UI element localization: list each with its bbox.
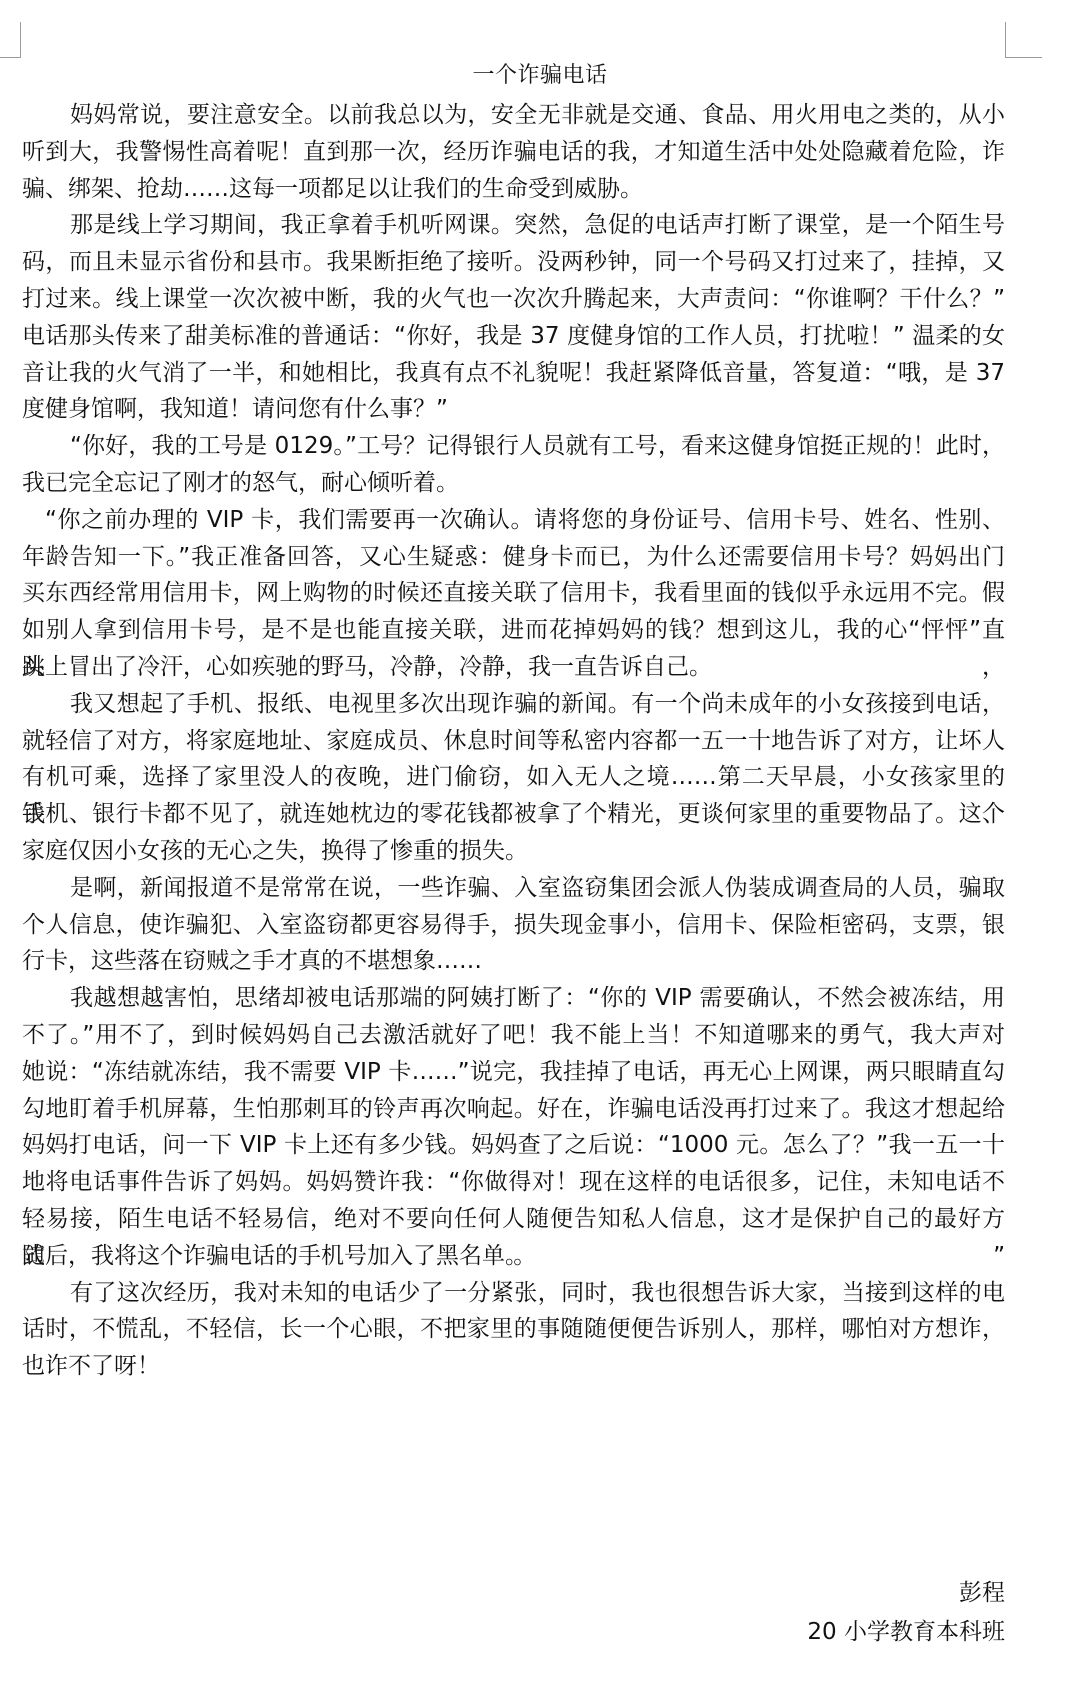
- text-line-content: 话时，不慌乱，不轻信，长一个心眼，不把家里的事随随便便告诉别人，那样，哪怕对方想…: [22, 1311, 1005, 1348]
- text-line-content: 听到大，我警惕性高着呢！直到那一次，经历诈骗电话的我，才知道生活中处处隐藏着危险…: [22, 134, 1005, 171]
- text-line-content: “你好，我的工号是 0129。”工号？记得银行人员就有工号，看来这健身馆挺正规的…: [70, 428, 1005, 465]
- text-line: 个人信息，使诈骗犯、入室盗窃都更容易得手，损失现金事小，信用卡、保险柜密码，支票…: [22, 907, 1005, 944]
- text-line-content: 就轻信了对方，将家庭地址、家庭成员、休息时间等私密内容都一五一十地告诉了对方，让…: [22, 723, 1005, 760]
- text-line: 我又想起了手机、报纸、电视里多次出现诈骗的新闻。有一个尚未成年的小女孩接到电话，: [22, 686, 1005, 723]
- text-line: “你好，我的工号是 0129。”工号？记得银行人员就有工号，看来这健身馆挺正规的…: [22, 428, 1005, 465]
- text-line-content: 手机、银行卡都不见了，就连她枕边的零花钱都被拿了个精光，更谈何家里的重要物品了。…: [22, 796, 1005, 833]
- text-line-content: 我又想起了手机、报纸、电视里多次出现诈骗的新闻。有一个尚未成年的小女孩接到电话，: [70, 686, 1005, 723]
- text-line-content: 如别人拿到信用卡号，是不是也能直接关联，进而花掉妈妈的钱？想到这儿，我的心“怦怦…: [22, 612, 1005, 649]
- paragraph: 那是线上学习期间，我正拿着手机听网课。突然，急促的电话声打断了课堂，是一个陌生号…: [22, 207, 1005, 428]
- text-line: 勾地盯着手机屏幕，生怕那刺耳的铃声再次响起。好在，诈骗电话没再打过来了。我这才想…: [22, 1091, 1005, 1128]
- text-line: 就轻信了对方，将家庭地址、家庭成员、休息时间等私密内容都一五一十地告诉了对方，让…: [22, 723, 1005, 760]
- text-line: 头上冒出了冷汗，心如疾驰的野马，冷静，冷静，我一直告诉自己。: [22, 649, 1005, 686]
- text-line: 不了。”用不了，到时候妈妈自己去激活就好了吧！我不能上当！不知道哪来的勇气，我大…: [22, 1017, 1005, 1054]
- text-line-content: 也诈不了呀！: [22, 1348, 1005, 1385]
- text-line-content: 打过来。线上课堂一次次被中断，我的火气也一次次升腾起来，大声责问：“你谁啊？干什…: [22, 281, 1005, 318]
- text-line-content: 个人信息，使诈骗犯、入室盗窃都更容易得手，损失现金事小，信用卡、保险柜密码，支票…: [22, 907, 1005, 944]
- page-corner-mark-top-left: [0, 22, 21, 58]
- text-line-content: 码，而且未显示省份和县市。我果断拒绝了接听。没两秒钟，同一个号码又打过来了，挂掉…: [22, 244, 1005, 281]
- paragraph: 是啊，新闻报道不是常常在说，一些诈骗、入室盗窃集团会派人伪装成调查局的人员，骗取…: [22, 870, 1005, 980]
- text-line: 话时，不慌乱，不轻信，长一个心眼，不把家里的事随随便便告诉别人，那样，哪怕对方想…: [22, 1311, 1005, 1348]
- text-line: 年龄告知一下。”我正准备回答，又心生疑惑：健身卡而已，为什么还需要信用卡号？妈妈…: [22, 539, 1005, 576]
- text-line-content: 音让我的火气消了一半，和她相比，我真有点不礼貌呢！我赶紧降低音量，答复道：“哦，…: [22, 355, 1005, 392]
- text-line-content: 家庭仅因小女孩的无心之失，换得了惨重的损失。: [22, 833, 1005, 870]
- text-line-content: 那是线上学习期间，我正拿着手机听网课。突然，急促的电话声打断了课堂，是一个陌生号: [70, 207, 1005, 244]
- text-line: 也诈不了呀！: [22, 1348, 1005, 1385]
- text-line: 家庭仅因小女孩的无心之失，换得了惨重的损失。: [22, 833, 1005, 870]
- text-line: 有了这次经历，我对未知的电话少了一分紧张，同时，我也很想告诉大家，当接到这样的电: [22, 1275, 1005, 1312]
- paragraph: 有了这次经历，我对未知的电话少了一分紧张，同时，我也很想告诉大家，当接到这样的电…: [22, 1275, 1005, 1385]
- text-line-content: 轻易接，陌生电话不轻易信，绝对不要向任何人随便告知私人信息，这才是保护自己的最好…: [22, 1201, 1005, 1238]
- text-line: 轻易接，陌生电话不轻易信，绝对不要向任何人随便告知私人信息，这才是保护自己的最好…: [22, 1201, 1005, 1238]
- paragraph: 妈妈常说，要注意安全。以前我总以为，安全无非就是交通、食品、用火用电之类的，从小…: [22, 97, 1005, 207]
- text-line: 地将电话事件告诉了妈妈。妈妈赞许我：“你做得对！现在这样的电话很多，记住，未知电…: [22, 1164, 1005, 1201]
- text-line-content: 有了这次经历，我对未知的电话少了一分紧张，同时，我也很想告诉大家，当接到这样的电: [70, 1275, 1005, 1312]
- text-line: 音让我的火气消了一半，和她相比，我真有点不礼貌呢！我赶紧降低音量，答复道：“哦，…: [22, 355, 1005, 392]
- text-line: 我越想越害怕，思绪却被电话那端的阿姨打断了：“你的 VIP 需要确认，不然会被冻…: [22, 980, 1005, 1017]
- text-line: 有机可乘，选择了家里没人的夜晚，进门偷窃，如入无人之境……第二天早晨，小女孩家里…: [22, 759, 1005, 796]
- text-line: 买东西经常用信用卡，网上购物的时候还直接关联了信用卡，我看里面的钱似乎永远用不完…: [22, 575, 1005, 612]
- text-line: 打过来。线上课堂一次次被中断，我的火气也一次次升腾起来，大声责问：“你谁啊？干什…: [22, 281, 1005, 318]
- text-line: 那是线上学习期间，我正拿着手机听网课。突然，急促的电话声打断了课堂，是一个陌生号: [22, 207, 1005, 244]
- paragraph: “你好，我的工号是 0129。”工号？记得银行人员就有工号，看来这健身馆挺正规的…: [22, 428, 1005, 502]
- text-line-content: 我越想越害怕，思绪却被电话那端的阿姨打断了：“你的 VIP 需要确认，不然会被冻…: [70, 980, 1005, 1017]
- text-line: 妈妈打电话，问一下 VIP 卡上还有多少钱。妈妈查了之后说：“1000 元。怎么…: [22, 1127, 1005, 1164]
- paragraph: “你之前办理的 VIP 卡，我们需要再一次确认。请将您的身份证号、信用卡号、姓名…: [22, 502, 1005, 686]
- text-line: 我已完全忘记了刚才的怒气，耐心倾听着。: [22, 465, 1005, 502]
- text-line-content: 有机可乘，选择了家里没人的夜晚，进门偷窃，如入无人之境……第二天早晨，小女孩家里…: [22, 759, 1005, 796]
- text-line: 妈妈常说，要注意安全。以前我总以为，安全无非就是交通、食品、用火用电之类的，从小: [22, 97, 1005, 134]
- text-line-content: 骗、绑架、抢劫……这每一项都足以让我们的生命受到威胁。: [22, 171, 1005, 208]
- author-name: 彭程: [959, 1578, 1005, 1608]
- text-line-content: 是啊，新闻报道不是常常在说，一些诈骗、入室盗窃集团会派人伪装成调查局的人员，骗取: [70, 870, 1005, 907]
- text-line-content: 行卡，这些落在窃贼之手才真的不堪想象……: [22, 943, 1005, 980]
- text-line-content: 妈妈打电话，问一下 VIP 卡上还有多少钱。妈妈查了之后说：“1000 元。怎么…: [22, 1127, 1005, 1164]
- text-line: “你之前办理的 VIP 卡，我们需要再一次确认。请将您的身份证号、信用卡号、姓名…: [22, 502, 1005, 539]
- text-line: 听到大，我警惕性高着呢！直到那一次，经历诈骗电话的我，才知道生活中处处隐藏着危险…: [22, 134, 1005, 171]
- text-line-content: 随后，我将这个诈骗电话的手机号加入了黑名单。: [22, 1238, 1005, 1275]
- text-line-content: 我已完全忘记了刚才的怒气，耐心倾听着。: [22, 465, 1005, 502]
- document-body: 妈妈常说，要注意安全。以前我总以为，安全无非就是交通、食品、用火用电之类的，从小…: [22, 97, 1005, 1385]
- text-line-content: 妈妈常说，要注意安全。以前我总以为，安全无非就是交通、食品、用火用电之类的，从小: [70, 97, 1005, 134]
- text-line-content: 买东西经常用信用卡，网上购物的时候还直接关联了信用卡，我看里面的钱似乎永远用不完…: [22, 575, 1005, 612]
- text-line-content: 电话那头传来了甜美标准的普通话：“你好，我是 37 度健身馆的工作人员，打扰啦！…: [22, 318, 1005, 355]
- text-line: 如别人拿到信用卡号，是不是也能直接关联，进而花掉妈妈的钱？想到这儿，我的心“怦怦…: [22, 612, 1005, 649]
- text-line-content: “你之前办理的 VIP 卡，我们需要再一次确认。请将您的身份证号、信用卡号、姓名…: [45, 502, 1005, 539]
- text-line: 电话那头传来了甜美标准的普通话：“你好，我是 37 度健身馆的工作人员，打扰啦！…: [22, 318, 1005, 355]
- text-line-content: 不了。”用不了，到时候妈妈自己去激活就好了吧！我不能上当！不知道哪来的勇气，我大…: [22, 1017, 1005, 1054]
- text-line-content: 她说：“冻结就冻结，我不需要 VIP 卡……”说完，我挂掉了电话，再无心上网课，…: [22, 1054, 1005, 1091]
- page-corner-mark-top-right: [1005, 22, 1042, 58]
- text-line: 手机、银行卡都不见了，就连她枕边的零花钱都被拿了个精光，更谈何家里的重要物品了。…: [22, 796, 1005, 833]
- paragraph: 我又想起了手机、报纸、电视里多次出现诈骗的新闻。有一个尚未成年的小女孩接到电话，…: [22, 686, 1005, 870]
- paragraph: 我越想越害怕，思绪却被电话那端的阿姨打断了：“你的 VIP 需要确认，不然会被冻…: [22, 980, 1005, 1274]
- text-line: 行卡，这些落在窃贼之手才真的不堪想象……: [22, 943, 1005, 980]
- text-line: 随后，我将这个诈骗电话的手机号加入了黑名单。: [22, 1238, 1005, 1275]
- document-title: 一个诈骗电话: [0, 60, 1080, 92]
- text-line-content: 勾地盯着手机屏幕，生怕那刺耳的铃声再次响起。好在，诈骗电话没再打过来了。我这才想…: [22, 1091, 1005, 1128]
- text-line-content: 年龄告知一下。”我正准备回答，又心生疑惑：健身卡而已，为什么还需要信用卡号？妈妈…: [22, 539, 1005, 576]
- text-line-content: 度健身馆啊，我知道！请问您有什么事？”: [22, 391, 1005, 428]
- text-line-content: 头上冒出了冷汗，心如疾驰的野马，冷静，冷静，我一直告诉自己。: [22, 649, 1005, 686]
- text-line: 度健身馆啊，我知道！请问您有什么事？”: [22, 391, 1005, 428]
- text-line-content: 地将电话事件告诉了妈妈。妈妈赞许我：“你做得对！现在这样的电话很多，记住，未知电…: [22, 1164, 1005, 1201]
- text-line: 骗、绑架、抢劫……这每一项都足以让我们的生命受到威胁。: [22, 171, 1005, 208]
- author-class: 20 小学教育本科班: [807, 1617, 1005, 1647]
- text-line: 是啊，新闻报道不是常常在说，一些诈骗、入室盗窃集团会派人伪装成调查局的人员，骗取: [22, 870, 1005, 907]
- text-line: 她说：“冻结就冻结，我不需要 VIP 卡……”说完，我挂掉了电话，再无心上网课，…: [22, 1054, 1005, 1091]
- text-line: 码，而且未显示省份和县市。我果断拒绝了接听。没两秒钟，同一个号码又打过来了，挂掉…: [22, 244, 1005, 281]
